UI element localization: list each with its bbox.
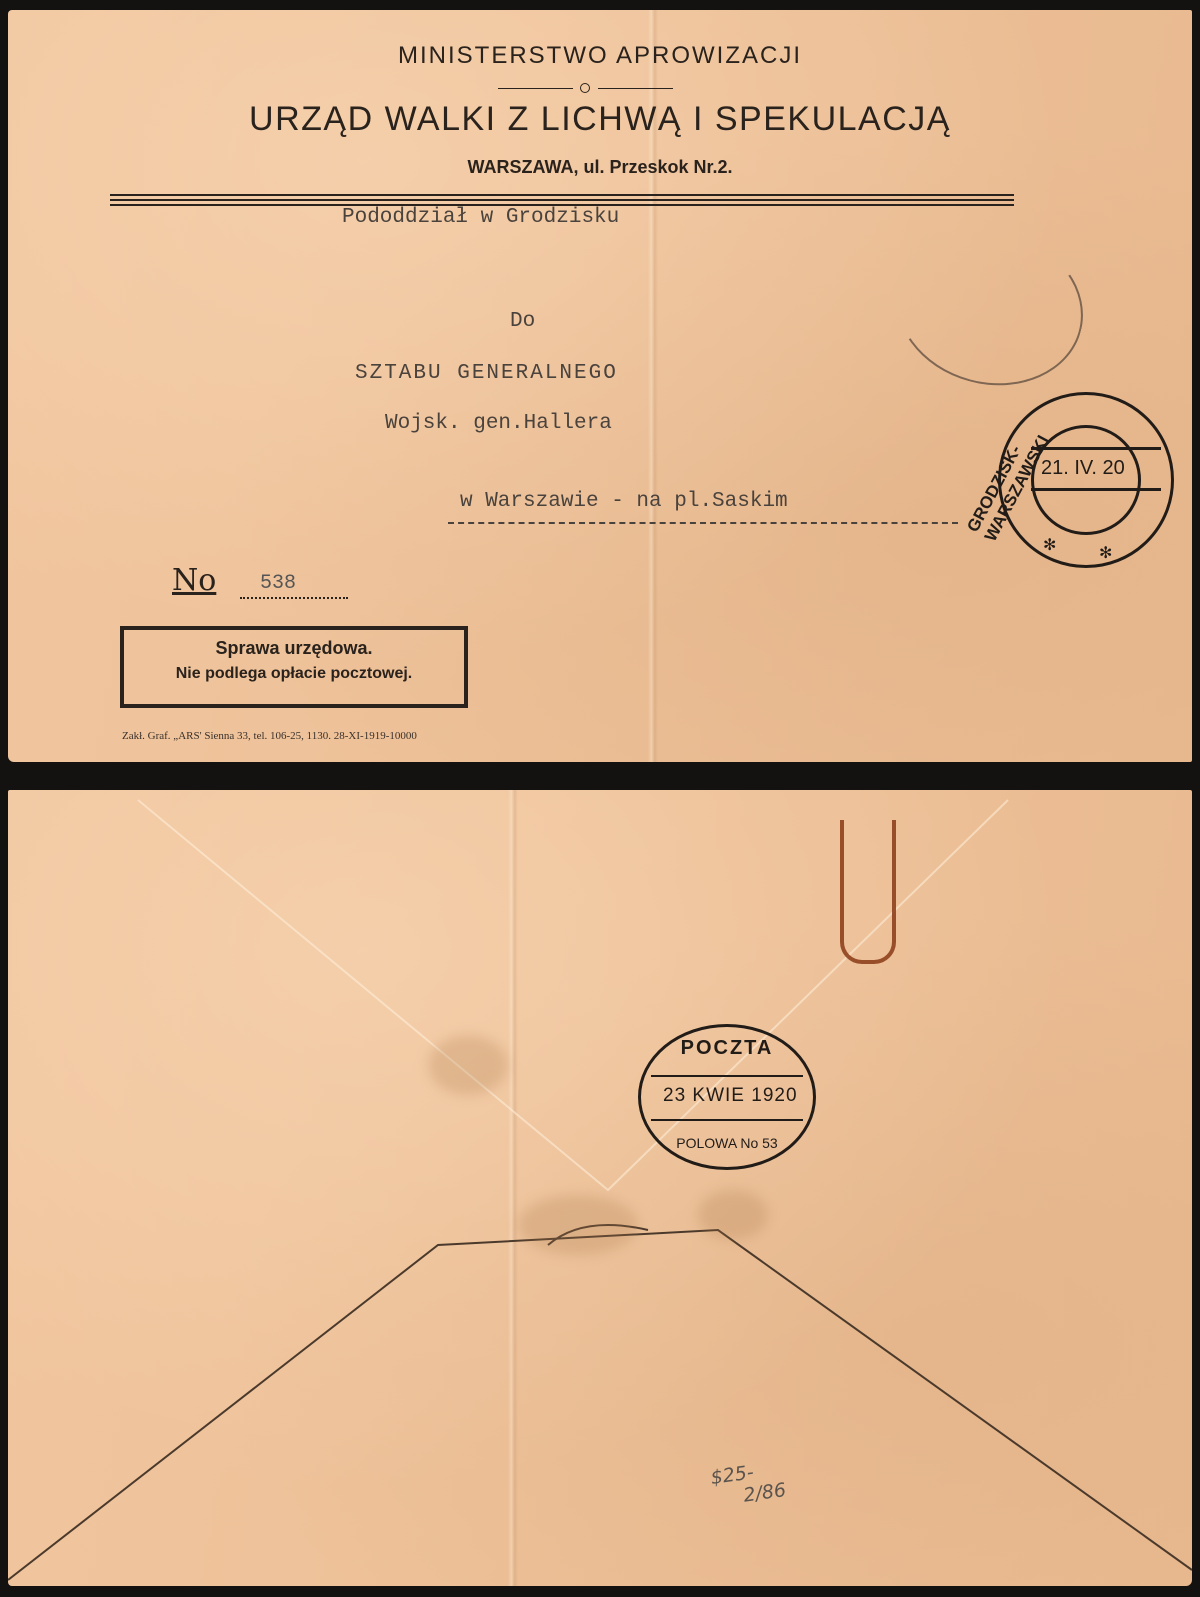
postmark-date: 21. IV. 20 bbox=[1041, 457, 1125, 480]
postmark-date: 23 KWIE 1920 bbox=[663, 1085, 798, 1107]
official-line-1: Sprawa urzędowa. bbox=[124, 638, 464, 659]
envelope-flaps bbox=[8, 790, 1192, 1586]
stain bbox=[518, 1195, 638, 1255]
stain bbox=[428, 1035, 508, 1095]
red-pencil-mark bbox=[840, 820, 896, 964]
recipient-line-1: SZTABU GENERALNEGO bbox=[355, 362, 618, 385]
stain bbox=[698, 1190, 768, 1240]
ministry-heading: MINISTERSTWO APROWIZACJI bbox=[0, 42, 1200, 70]
printer-imprint: Zakł. Graf. „ARS' Sienna 33, tel. 106-25… bbox=[122, 730, 417, 742]
number-dotted-line bbox=[240, 597, 348, 599]
office-address: WARSZAWA, ul. Przeskok Nr.2. bbox=[0, 157, 1200, 178]
recipient-line-3: w Warszawie - na pl.Saskim bbox=[460, 490, 788, 513]
postmark-top-text: POCZTA bbox=[641, 1037, 813, 1060]
ornament-divider bbox=[498, 83, 673, 93]
field-post-postmark: POCZTA 23 KWIE 1920 POLOWA No 53 bbox=[638, 1024, 816, 1170]
to-label: Do bbox=[510, 310, 535, 333]
grodzisk-postmark: GRODZISK-WARSZAWSKI 21. IV. 20 ✻ ✻ bbox=[998, 392, 1174, 568]
number-value: 538 bbox=[260, 572, 296, 595]
star-icon: ✻ bbox=[1099, 543, 1112, 563]
address-underline bbox=[448, 522, 958, 524]
postmark-bottom-text: POLOWA No 53 bbox=[641, 1135, 813, 1151]
official-matter-box: Sprawa urzędowa. Nie podlega opłacie poc… bbox=[120, 626, 468, 708]
office-heading: URZĄD WALKI Z LICHWĄ I SPEKULACJĄ bbox=[0, 100, 1200, 139]
number-label: No bbox=[172, 563, 216, 598]
recipient-line-2: Wojsk. gen.Hallera bbox=[385, 412, 612, 435]
envelope-back bbox=[8, 790, 1192, 1586]
star-icon: ✻ bbox=[1043, 535, 1056, 555]
official-line-2: Nie podlega opłacie pocztowej. bbox=[124, 665, 464, 683]
sender-line: Pododdział w Grodzisku bbox=[342, 206, 619, 229]
